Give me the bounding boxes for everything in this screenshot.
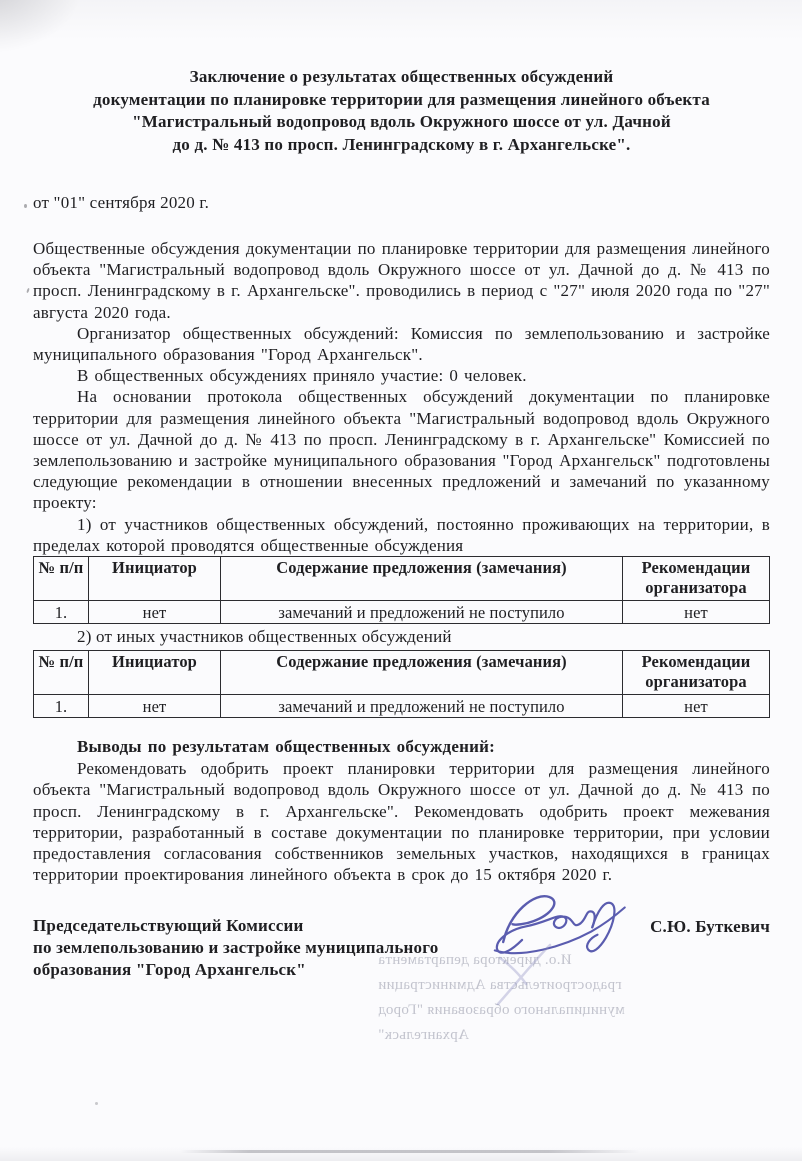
title-line-1: Заключение о результатах общественных об…: [33, 66, 770, 89]
title-line-2: документации по планировке территории дл…: [33, 89, 770, 112]
table-header-num: № п/п: [34, 651, 89, 695]
proposals-tables: № п/п Инициатор Содержание предложения (…: [33, 556, 770, 718]
signature-block: Председательствующий Комиссии по землепо…: [33, 915, 770, 981]
table-cell-recommendation: нет: [623, 601, 770, 624]
scan-speck: [26, 288, 30, 293]
table-cell-num: 1.: [34, 695, 89, 718]
scan-bottom-edge: [180, 1150, 640, 1153]
scan-speck: [24, 204, 27, 208]
paragraph-organizer: Организатор общественных обсуждений: Ком…: [33, 323, 770, 365]
table-row: 1. нет замечаний и предложений не поступ…: [34, 695, 770, 718]
proposals-table-1: № п/п Инициатор Содержание предложения (…: [33, 556, 770, 624]
table-cell-num: 1.: [34, 601, 89, 624]
table-header-initiator: Инициатор: [89, 557, 221, 601]
table-header-content: Содержание предложения (замечания): [221, 651, 623, 695]
table-cell-initiator: нет: [89, 601, 221, 624]
paragraph-discussion-period: Общественные обсуждения документации по …: [33, 238, 770, 323]
table-header-content: Содержание предложения (замечания): [221, 557, 623, 601]
signatory-title-line-2: по землепользованию и застройке муниципа…: [33, 937, 533, 959]
scan-speck: [95, 1102, 98, 1105]
conclusions-heading: Выводы по результатам общественных обсуж…: [33, 736, 770, 757]
table-cell-initiator: нет: [89, 695, 221, 718]
table-header-recommendation: Рекомендации организатора: [623, 557, 770, 601]
document-body: Общественные обсуждения документации по …: [33, 238, 770, 556]
paragraph-participants: В общественных обсуждениях приняло участ…: [33, 365, 770, 386]
table-header-recommendation: Рекомендации организатора: [623, 651, 770, 695]
conclusions-section: Выводы по результатам общественных обсуж…: [33, 736, 770, 885]
table-row: 1. нет замечаний и предложений не поступ…: [34, 601, 770, 624]
scanned-document-page: { "document": { "title_lines": [ "Заключ…: [0, 0, 802, 1161]
document-date: от "01" сентября 2020 г.: [33, 192, 770, 213]
paragraph-list-item-1: 1) от участников общественных обсуждений…: [33, 514, 770, 556]
signatory-title-line-1: Председательствующий Комиссии: [33, 915, 533, 937]
bleedthrough-line: Архангельск": [378, 1023, 713, 1048]
table-cell-recommendation: нет: [623, 695, 770, 718]
proposals-table-2: № п/п Инициатор Содержание предложения (…: [33, 650, 770, 718]
signatory-title: Председательствующий Комиссии по землепо…: [33, 915, 533, 981]
title-line-4: до д. № 413 по просп. Ленинградскому в г…: [33, 134, 770, 157]
signatory-title-line-3: образования "Город Архангельск": [33, 959, 533, 981]
paragraph-protocol-basis: На основании протокола общественных обсу…: [33, 386, 770, 513]
table-cell-content: замечаний и предложений не поступило: [221, 695, 623, 718]
table-header-row: № п/п Инициатор Содержание предложения (…: [34, 651, 770, 695]
table-header-initiator: Инициатор: [89, 651, 221, 695]
signatory-name: С.Ю. Буткевич: [650, 917, 770, 937]
document-title: Заключение о результатах общественных об…: [33, 66, 770, 156]
table-header-row: № п/п Инициатор Содержание предложения (…: [34, 557, 770, 601]
table-cell-content: замечаний и предложений не поступило: [221, 601, 623, 624]
conclusions-body: Рекомендовать одобрить проект планировки…: [33, 758, 770, 885]
bleedthrough-line: муниципального образования "Город: [378, 998, 713, 1023]
title-line-3: "Магистральный водопровод вдоль Окружног…: [33, 111, 770, 134]
table-header-num: № п/п: [34, 557, 89, 601]
paragraph-list-item-2: 2) от иных участников общественных обсуж…: [33, 626, 770, 647]
